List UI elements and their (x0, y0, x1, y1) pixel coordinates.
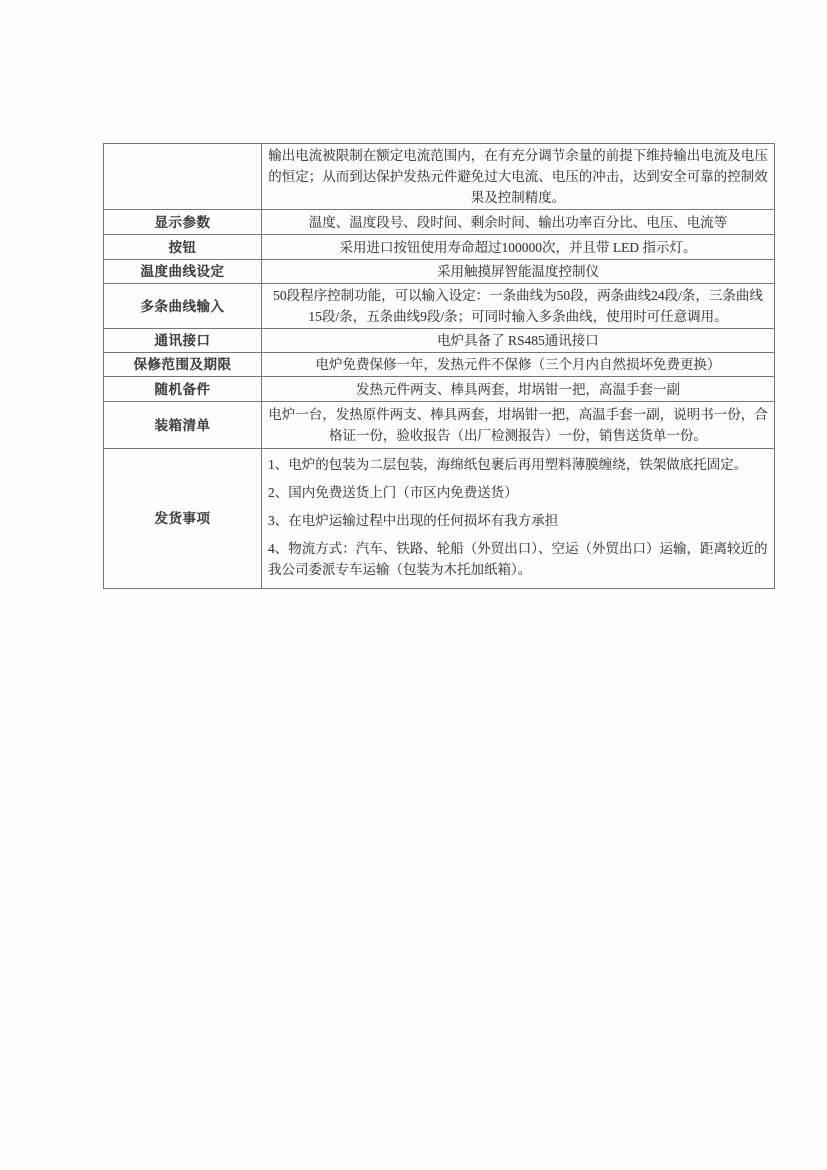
row-label-shipping-notes: 发货事项 (104, 449, 262, 589)
row-value-accessories: 发热元件两支、棒具两套，坩埚钳一把，高温手套一副 (262, 377, 775, 402)
table-row: 保修范围及期限 电炉免费保修一年，发热元件不保修（三个月内自然损坏免费更换） (104, 353, 775, 377)
shipping-item-2: 2、国内免费送货上门（市区内免费送货） (268, 482, 768, 503)
row-value-display-params: 温度、温度段号、段时间、剩余时间、输出功率百分比、电压、电流等 (262, 210, 775, 235)
shipping-item-3: 3、在电炉运输过程中出现的任何损坏有我方承担 (268, 510, 768, 531)
table-row: 通讯接口 电炉具备了 RS485通讯接口 (104, 329, 775, 353)
table-row: 随机备件 发热元件两支、棒具两套，坩埚钳一把，高温手套一副 (104, 377, 775, 402)
product-spec-table: 输出电流被限制在额定电流范围内，在有充分调节余量的前提下维持输出电流及电压的恒定… (103, 143, 775, 589)
table-row: 按钮 采用进口按钮使用寿命超过100000次，并且带 LED 指示灯。 (104, 235, 775, 260)
shipping-item-1: 1、电炉的包装为二层包装，海绵纸包裹后再用塑料薄膜缠绕，铁架做底托固定。 (268, 454, 768, 475)
table-row: 输出电流被限制在额定电流范围内，在有充分调节余量的前提下维持输出电流及电压的恒定… (104, 144, 775, 210)
shipping-item-4: 4、物流方式：汽车、铁路、轮船（外贸出口）、空运（外贸出口）运输，距离较近的我公… (268, 538, 768, 580)
table-row: 装箱清单 电炉一台，发热原件两支、棒具两套，坩埚钳一把，高温手套一副，说明书一份… (104, 402, 775, 449)
row-value-packing-list: 电炉一台，发热原件两支、棒具两套，坩埚钳一把，高温手套一副，说明书一份，合格证一… (262, 402, 775, 449)
row-label-empty (104, 144, 262, 210)
row-label-warranty: 保修范围及期限 (104, 353, 262, 377)
row-value-output-current: 输出电流被限制在额定电流范围内，在有充分调节余量的前提下维持输出电流及电压的恒定… (262, 144, 775, 210)
row-value-buttons: 采用进口按钮使用寿命超过100000次，并且带 LED 指示灯。 (262, 235, 775, 260)
row-value-warranty: 电炉免费保修一年，发热元件不保修（三个月内自然损坏免费更换） (262, 353, 775, 377)
row-value-shipping-notes: 1、电炉的包装为二层包装，海绵纸包裹后再用塑料薄膜缠绕，铁架做底托固定。 2、国… (262, 449, 775, 589)
scanned-document-page: 输出电流被限制在额定电流范围内，在有充分调节余量的前提下维持输出电流及电压的恒定… (0, 0, 827, 1170)
table-row: 发货事项 1、电炉的包装为二层包装，海绵纸包裹后再用塑料薄膜缠绕，铁架做底托固定… (104, 449, 775, 589)
row-label-multi-curve-input: 多条曲线输入 (104, 284, 262, 329)
row-label-comm-interface: 通讯接口 (104, 329, 262, 353)
row-label-display-params: 显示参数 (104, 210, 262, 235)
row-value-temp-curve-setting: 采用触摸屏智能温度控制仪 (262, 260, 775, 284)
row-label-buttons: 按钮 (104, 235, 262, 260)
row-label-accessories: 随机备件 (104, 377, 262, 402)
row-label-temp-curve-setting: 温度曲线设定 (104, 260, 262, 284)
row-value-multi-curve-input: 50段程序控制功能，可以输入设定：一条曲线为50段，两条曲线24段/条，三条曲线… (262, 284, 775, 329)
row-value-comm-interface: 电炉具备了 RS485通讯接口 (262, 329, 775, 353)
table-row: 显示参数 温度、温度段号、段时间、剩余时间、输出功率百分比、电压、电流等 (104, 210, 775, 235)
table-row: 温度曲线设定 采用触摸屏智能温度控制仪 (104, 260, 775, 284)
table-row: 多条曲线输入 50段程序控制功能，可以输入设定：一条曲线为50段，两条曲线24段… (104, 284, 775, 329)
row-label-packing-list: 装箱清单 (104, 402, 262, 449)
